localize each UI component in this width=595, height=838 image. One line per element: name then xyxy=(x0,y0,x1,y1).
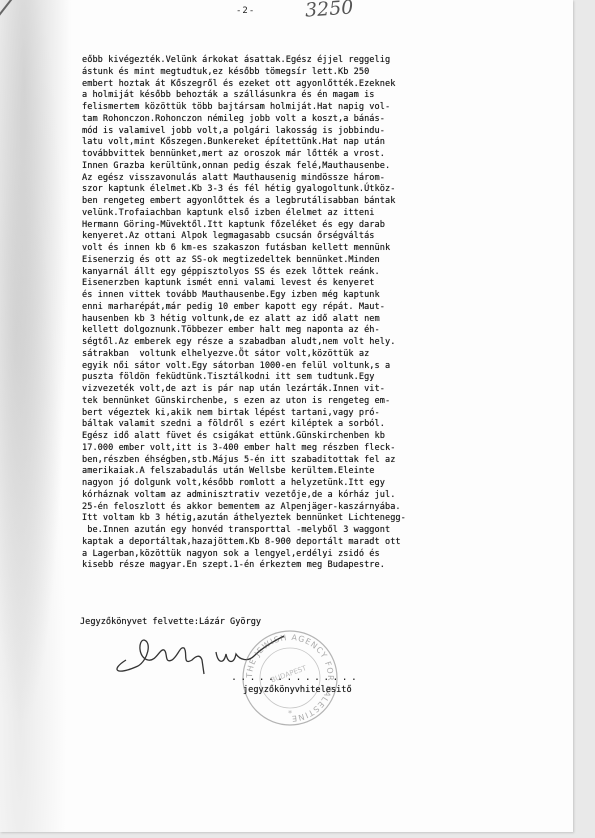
text-line: felismertem közöttük több bajtársam holm… xyxy=(82,102,542,114)
text-line: vizvezeték volt,de azt is pár nap után l… xyxy=(82,384,542,396)
text-line: amerikaiak.A felszabadulás után Wellsbe … xyxy=(82,466,542,478)
recorder-line: Jegyzőkönyvet felvette:Lázár György xyxy=(80,617,261,627)
text-line: továbbvittek bennünket,mert az oroszok m… xyxy=(82,149,542,161)
text-line: volt és innen kb 6 km-es szakaszon futás… xyxy=(82,243,542,255)
text-line: 17.000 ember volt,itt is 3-400 ember hal… xyxy=(82,443,542,455)
text-line: tam Rohonczon.Rohonczon némileg jobb vol… xyxy=(82,114,542,126)
text-line: kenyeret.Az ottani Alpok legmagasabb csu… xyxy=(82,231,542,243)
text-line: eőbb kivégezték.Velünk árkokat ásattak.E… xyxy=(82,55,542,67)
page-number: -2- xyxy=(236,6,255,16)
text-line: ségtől.Az emberek egy része a szabadban … xyxy=(82,337,542,349)
text-line: egyik női sátor volt.Egy sátorban 1000-e… xyxy=(82,361,542,373)
archive-number: 3250 xyxy=(304,0,354,22)
text-line: bert végeztek ki,akik nem birtak lépést … xyxy=(82,408,542,420)
text-line: ástunk és mint megtudtuk,ez később tömeg… xyxy=(82,67,542,79)
svg-text:*: * xyxy=(288,709,293,718)
text-line: kaptak a deportáltak,hazajöttem.Kb 8-900… xyxy=(82,537,542,549)
text-line: enni marharépát,már pedig 10 ember kapot… xyxy=(82,302,542,314)
text-line: és innen vittek tovább Mauthausenbe.Egy … xyxy=(82,290,542,302)
text-line: 25-én feloszlott és akkor bementem az Al… xyxy=(82,502,542,514)
text-line: ben rengeteg embert agyonlőttek és a leg… xyxy=(82,196,542,208)
text-line: a holmiját később behozták a szállásunkr… xyxy=(82,90,542,102)
text-line: tek bennünket Günskirchenbe, s ezen az u… xyxy=(82,396,542,408)
text-line: puszta földön feküdtünk.Tisztálkodni itt… xyxy=(82,372,542,384)
text-line: Innen Grazba kerültünk,onnan pedig észak… xyxy=(82,161,542,173)
text-line: be.Innen azután egy honvéd transporttal … xyxy=(82,525,542,537)
signature-dotted-line: .............. xyxy=(231,672,360,683)
text-line: embert hoztak át Kőszegről és ezeket ott… xyxy=(82,79,542,91)
text-line: a Lagerban,közöttük nagyon sok a lengyel… xyxy=(82,549,542,561)
text-line: sátrakban voltunk elhelyezve.Öt sátor vo… xyxy=(82,349,542,361)
text-line: szor kaptunk élelmet.Kb 3-3 és fél hétig… xyxy=(82,184,542,196)
signer-label: jegyzőkönyvhitelesitő xyxy=(243,685,352,695)
text-line: hausenben kb 3 hétig voltunk,de ez alatt… xyxy=(82,314,542,326)
text-line: kanyarnál állt egy géppisztolyos SS és e… xyxy=(82,267,542,279)
text-line: Eisenerzben kaptunk ismét enni valami le… xyxy=(82,278,542,290)
document-page: -2- 3250 eőbb kivégezték.Velünk árkokat … xyxy=(0,0,573,832)
text-line: latu volt,mint Kőszegen.Bunkereket építe… xyxy=(82,137,542,149)
testimony-body: eőbb kivégezték.Velünk árkokat ásattak.E… xyxy=(82,55,542,572)
text-line: báltak valamit szedni a földről s ezért … xyxy=(82,419,542,431)
text-line: ben,részben éhségben,stb.Május 5-én itt … xyxy=(82,455,542,467)
text-line: mód is valamivel jobb volt,a polgári lak… xyxy=(82,126,542,138)
text-line: Eisenerzig és ott az SS-ok megtizedeltek… xyxy=(82,255,542,267)
text-line: kórháznak voltam az adminisztrativ vezet… xyxy=(82,490,542,502)
scan-smudge xyxy=(0,0,80,832)
text-line: kellett dolgoznunk.Többezer ember halt m… xyxy=(82,325,542,337)
text-line: Hermann Göring-Müvektől.Itt kaptunk főze… xyxy=(82,220,542,232)
text-line: Itt voltam kb 3 hétig,azután áthelyeztek… xyxy=(82,513,542,525)
text-line: nagyon jó dolgunk volt,később romlott a … xyxy=(82,478,542,490)
text-line: kisebb része magyar.En szept.1-én érkezt… xyxy=(82,560,542,572)
text-line: velünk.Trofaiachban kaptunk első izben é… xyxy=(82,208,542,220)
text-line: Az egész visszavonulás alatt Mauthauseni… xyxy=(82,173,542,185)
text-line: Egész idő alatt füvet és csigákat ettünk… xyxy=(82,431,542,443)
